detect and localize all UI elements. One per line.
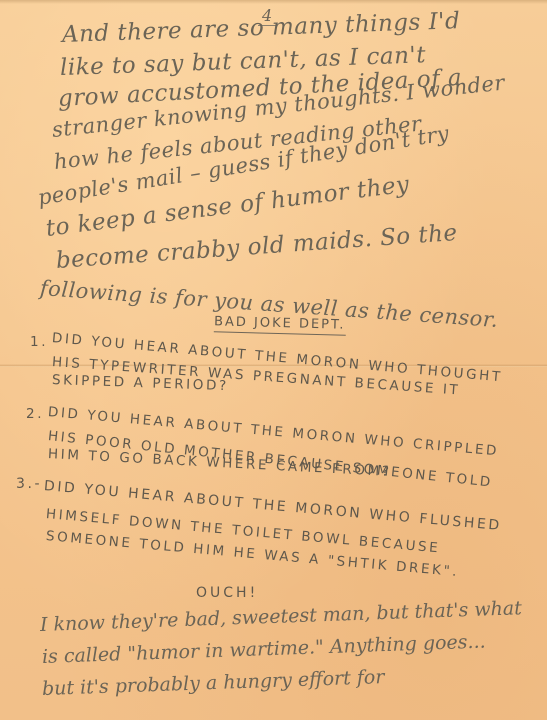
- intro-line: And there are so many things I'd: [62, 8, 461, 48]
- exclamation: OUCH!: [196, 585, 258, 601]
- section-heading: BAD JOKE DEPT.: [214, 314, 346, 335]
- joke-number: 2.: [26, 406, 44, 422]
- closing-line: is called "humor in wartime." Anything g…: [42, 631, 486, 668]
- letter-page: 4 And there are so many things I'd like …: [0, 0, 547, 720]
- closing-line: but it's probably a hungry effort for: [42, 666, 385, 700]
- joke-number: 1.: [30, 334, 48, 350]
- joke-number: 3.-: [16, 476, 42, 492]
- closing-line: I know they're bad, sweetest man, but th…: [40, 597, 523, 636]
